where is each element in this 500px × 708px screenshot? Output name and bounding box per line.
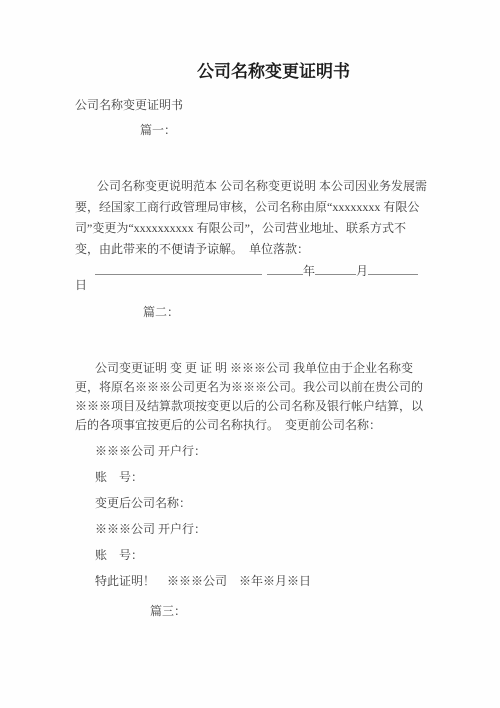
paragraph-line: 后的各项事宜按更后的公司名称执行。 变更前公司名称： [75, 416, 425, 435]
signature-blank-underline [95, 261, 262, 275]
document-subtitle: 公司名称变更证明书 [75, 97, 425, 113]
paragraph-line: 公司名称变更说明范本 公司名称变更说明 本公司因业务发展需 [75, 176, 425, 197]
section-3-heading: 篇三： [150, 603, 186, 619]
day-label: 日 [75, 277, 425, 293]
month-blank-underline [315, 261, 356, 275]
new-company-name-line: 变更后公司名称： [95, 495, 425, 511]
month-label: 月 [356, 264, 368, 278]
section-1-paragraph: 公司名称变更说明范本 公司名称变更说明 本公司因业务发展需 要，经国家工商行政管… [75, 176, 425, 260]
paragraph-line: 司”变更为“xxxxxxxxxx 有限公司”，公司营业地址、联系方式不 [75, 218, 425, 239]
document-page: 公司名称变更证明书 公司名称变更证明书 篇一： 公司名称变更说明范本 公司名称变… [0, 0, 500, 708]
paragraph-line: 变，由此带来的不便请予谅解。 单位落款： [75, 239, 425, 260]
document-title: 公司名称变更证明书 [197, 62, 350, 82]
section-2-paragraph: 公司变更证明 变 更 证 明 ※※※公司 我单位由于企业名称变 更，将原名※※※… [75, 359, 425, 435]
account-number-line: 账 号： [95, 547, 425, 563]
day-blank-underline [368, 261, 418, 275]
section-2-heading: 篇二： [143, 304, 179, 320]
year-blank-underline [267, 261, 303, 275]
section-1-heading: 篇一： [140, 122, 176, 138]
paragraph-line: 公司变更证明 变 更 证 明 ※※※公司 我单位由于企业名称变 [75, 359, 425, 378]
year-label: 年 [303, 264, 315, 278]
bank-info-line: ※※※公司 开户行： [95, 521, 425, 537]
certify-statement-line: 特此证明！ ※※※公司 ※年※月※日 [95, 573, 425, 589]
signature-date-blank-line: 年月 [95, 261, 425, 277]
account-number-line: 账 号： [95, 469, 425, 485]
section-2-item-list: ※※※公司 开户行： 账 号： 变更后公司名称： ※※※公司 开户行： 账 号：… [75, 443, 425, 589]
paragraph-line: 更，将原名※※※公司更名为※※※公司。我公司以前在贵公司的 [75, 378, 425, 397]
paragraph-line: 要，经国家工商行政管理局审核，公司名称由原“xxxxxxxx 有限公 [75, 197, 425, 218]
paragraph-line: ※※※项目及结算款项按变更以后的公司名称及银行帐户结算，以 [75, 397, 425, 416]
bank-info-line: ※※※公司 开户行： [95, 443, 425, 459]
